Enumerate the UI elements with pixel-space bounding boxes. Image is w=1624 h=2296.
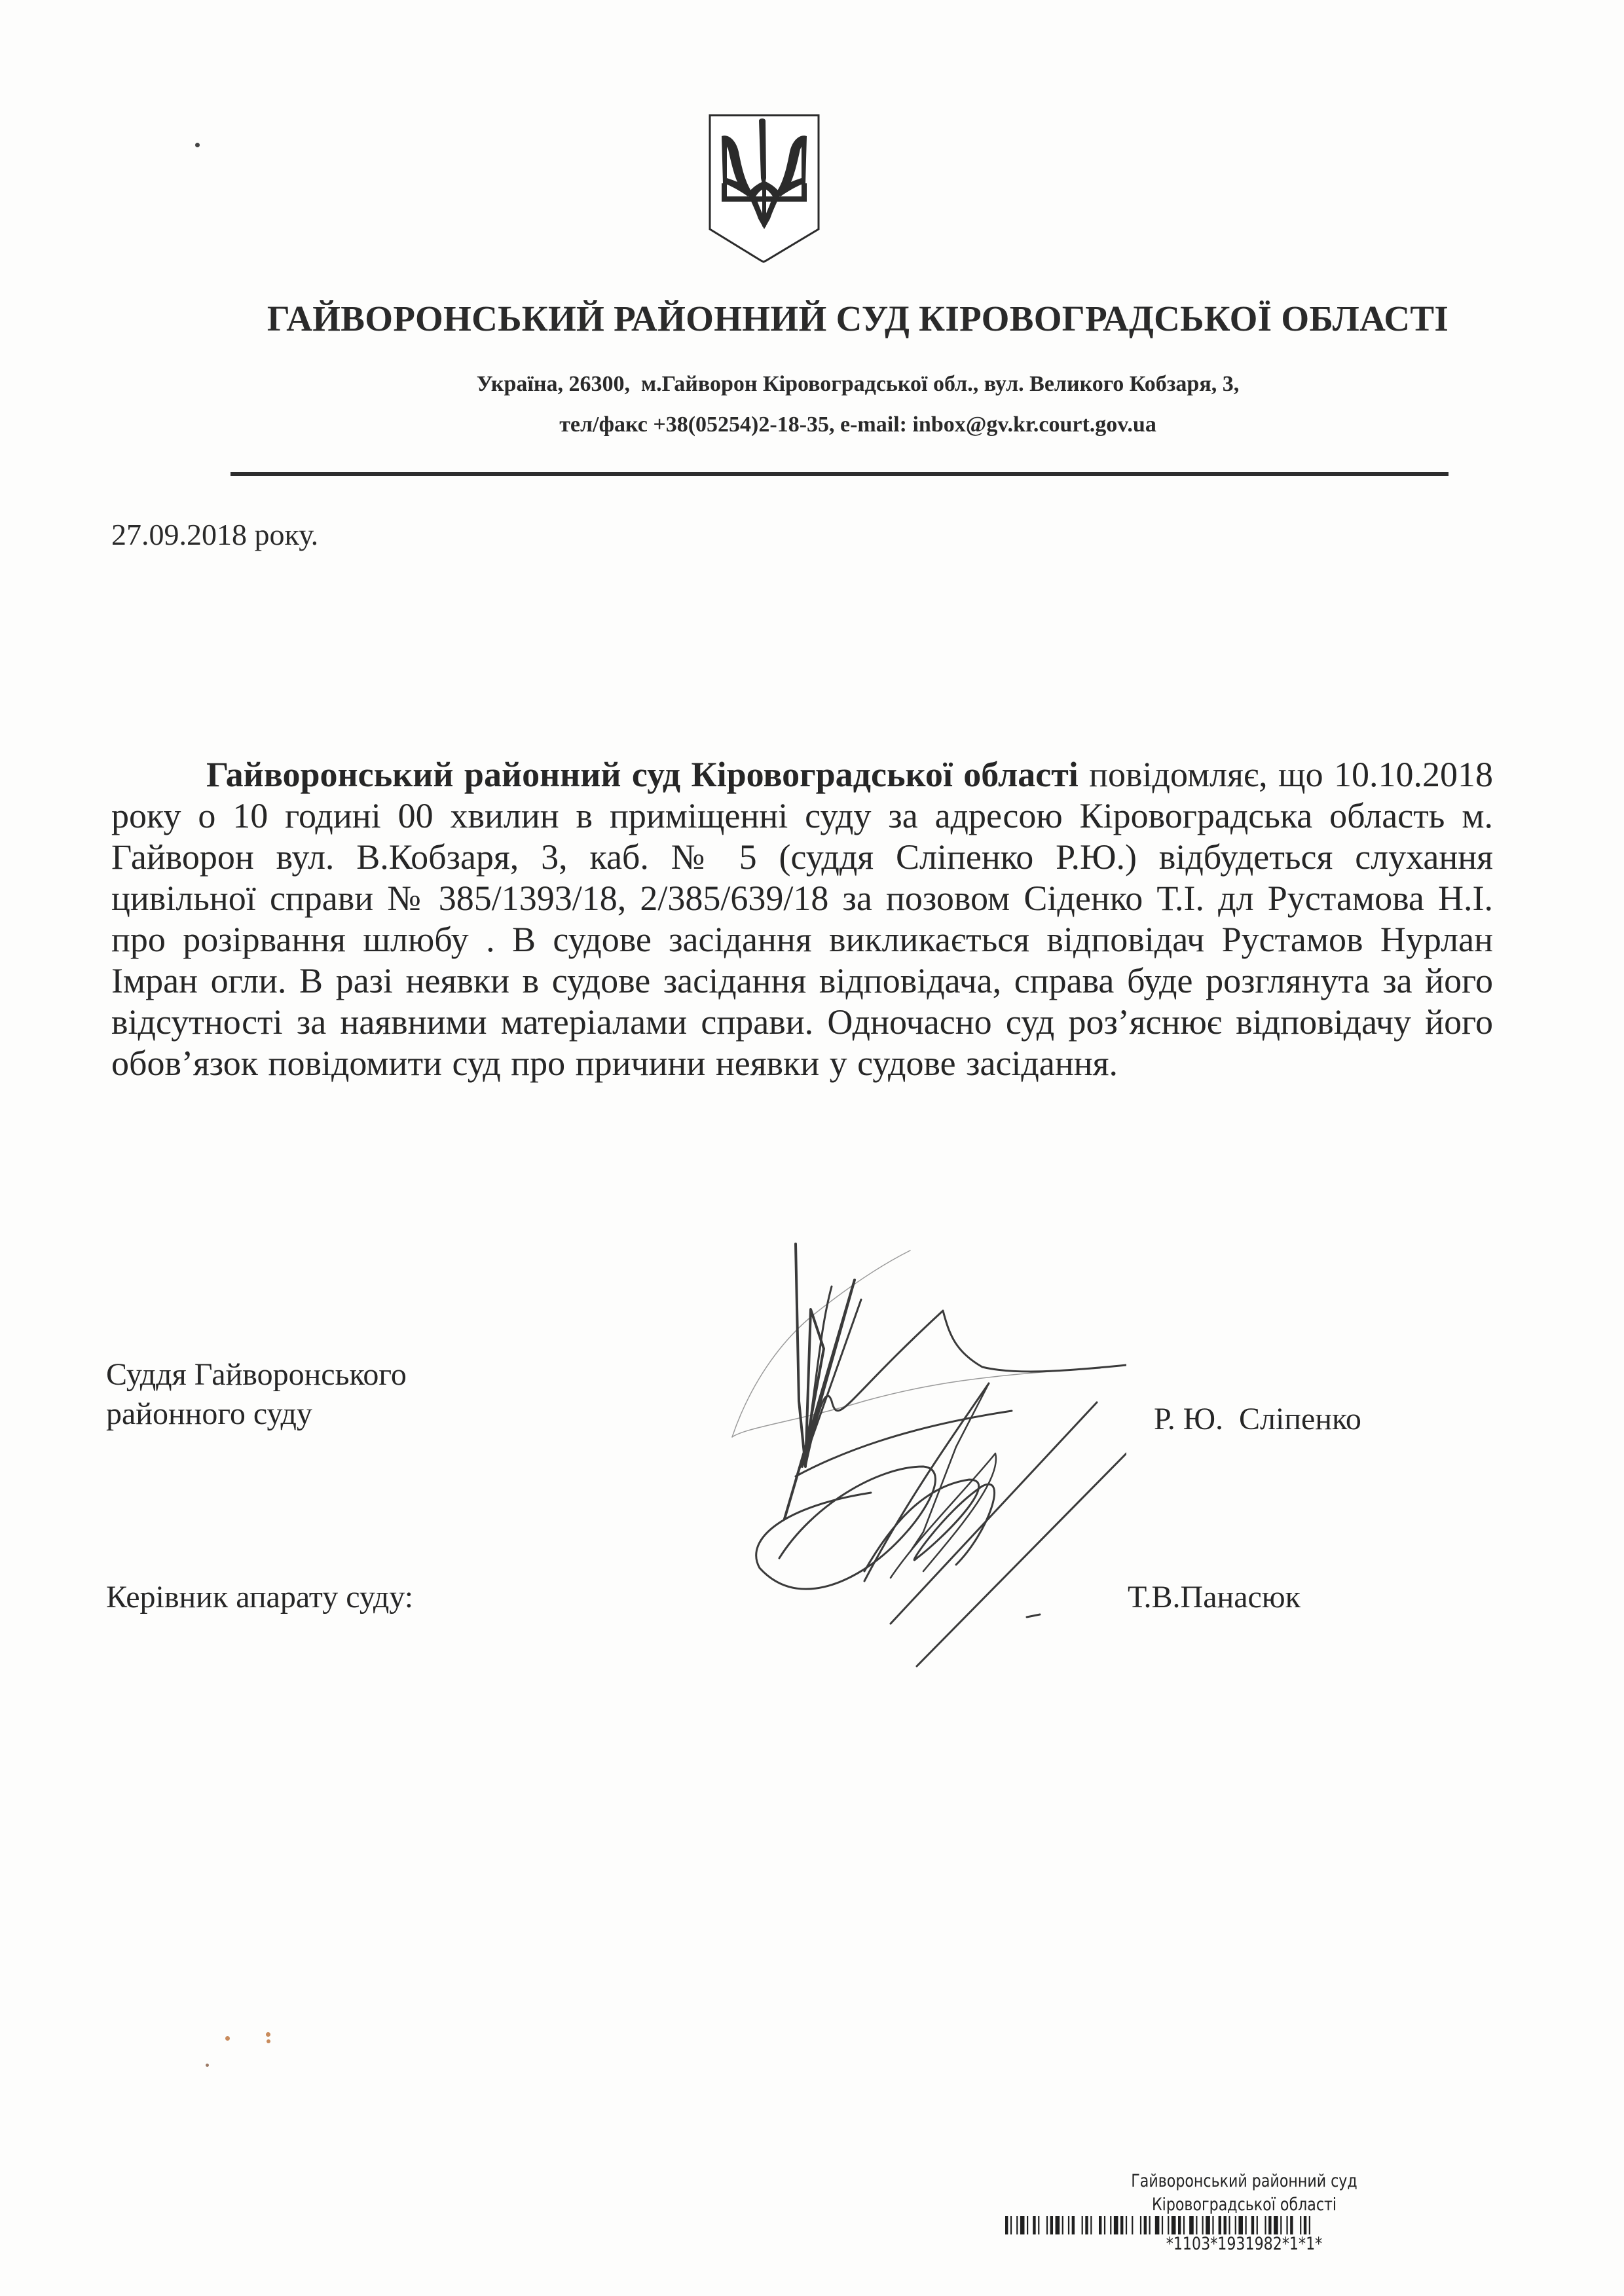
scan-speck — [206, 2064, 209, 2067]
scan-speck — [225, 2036, 230, 2041]
notice-text: повідомляє, що 10.10.2018 року о 10 годи… — [111, 755, 1493, 1083]
scan-speck — [195, 143, 200, 147]
barcode-number: *1103*1931982*1*1* — [1029, 2234, 1459, 2254]
handwritten-signature-icon — [707, 1231, 1126, 1755]
judge-title-line1: Суддя Гайворонського — [106, 1355, 407, 1394]
chief-of-staff-name: Т.В.Панасюк — [1128, 1579, 1301, 1615]
scan-speck — [267, 2039, 270, 2043]
document-date: 27.09.2018 року. — [111, 517, 318, 552]
scan-speck — [266, 2032, 270, 2037]
notice-lead-court-name: Гайворонський районний суд Кіровоградськ… — [206, 755, 1079, 794]
judge-name: Р. Ю. Сліпенко — [1154, 1401, 1361, 1437]
court-address: Україна, 26300, м.Гайворон Кіровоградськ… — [0, 372, 1624, 397]
registry-stamp-court: Гайворонський районний суд — [1029, 2171, 1459, 2191]
barcode-icon — [1005, 2216, 1316, 2234]
registry-stamp-region: Кіровоградської області — [1029, 2195, 1459, 2215]
court-name-heading: ГАЙВОРОНСЬКИЙ РАЙОННИЙ СУД КІРОВОГРАДСЬК… — [0, 298, 1624, 339]
coat-of-arms-icon — [707, 113, 821, 264]
judge-title-line2: районного суду — [106, 1394, 407, 1434]
chief-of-staff-title: Керівник апарату суду: — [106, 1579, 413, 1615]
notice-body: Гайворонський районний суд Кіровоградськ… — [111, 754, 1493, 1084]
court-contacts: тел/факс +38(05254)2-18-35, e-mail: inbo… — [0, 412, 1624, 437]
judge-title: Суддя Гайворонського районного суду — [106, 1355, 407, 1434]
header-divider — [231, 472, 1449, 476]
